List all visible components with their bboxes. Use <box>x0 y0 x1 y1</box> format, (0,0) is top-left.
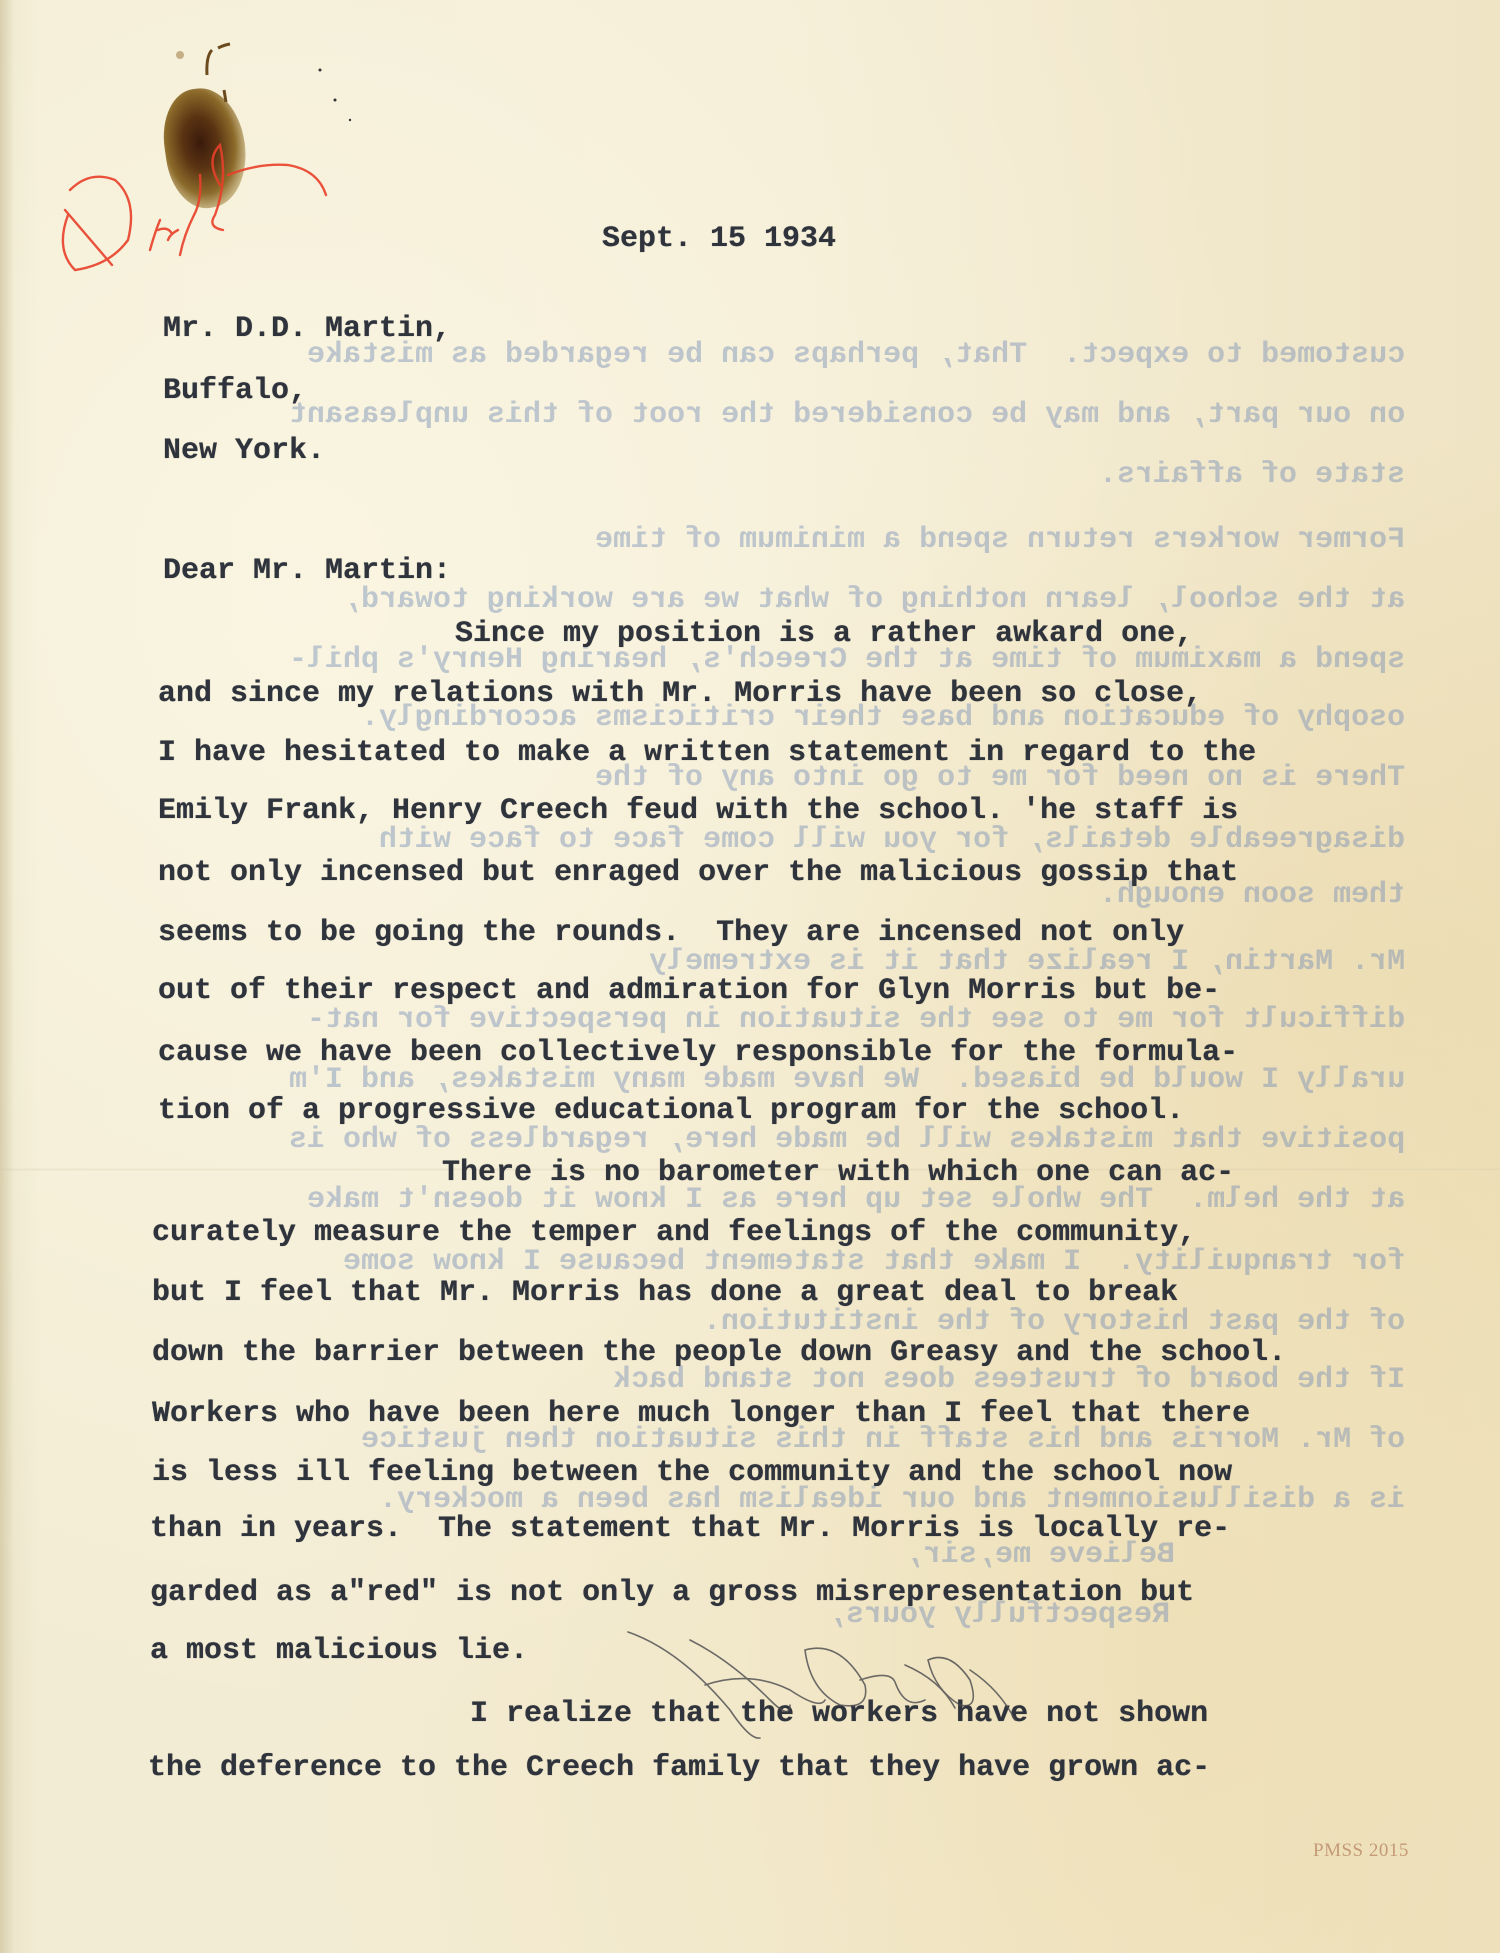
body-line: the deference to the Creech family that … <box>148 1753 1210 1783</box>
body-line: garded as a"red" is not only a gross mis… <box>150 1578 1194 1608</box>
body-line: I have hesitated to make a written state… <box>158 738 1256 768</box>
recipient-name: Mr. D.D. Martin, <box>163 314 451 344</box>
body-line: curately measure the temper and feelings… <box>152 1218 1196 1248</box>
body-line: and since my relations with Mr. Morris h… <box>158 679 1202 709</box>
bleed-line: of the past history of the institution. <box>703 1307 1405 1337</box>
body-line: There is no barometer with which one can… <box>442 1158 1234 1188</box>
draft-annotation-mark: Draft <box>50 90 350 280</box>
body-line: a most malicious lie. <box>150 1636 528 1666</box>
letter-date: Sept. 15 1934 <box>602 224 836 254</box>
body-line: down the barrier between the people down… <box>152 1338 1286 1368</box>
body-line: out of their respect and admiration for … <box>158 976 1220 1006</box>
bleed-line: difficult for me to see the situation in… <box>307 1005 1405 1035</box>
body-line: Workers who have been here much longer t… <box>152 1399 1250 1429</box>
letter-page: customed to expect. That, perhaps can be… <box>0 0 1500 1953</box>
salutation: Dear Mr. Martin: <box>163 556 451 586</box>
body-line: Since my position is a rather awkard one… <box>455 619 1193 649</box>
body-line: not only incensed but enraged over the m… <box>158 858 1238 888</box>
archive-watermark: PMSS 2015 <box>1313 1840 1409 1862</box>
paper-edge-shadow <box>0 0 14 1953</box>
recipient-state: New York. <box>163 436 325 466</box>
bleed-line: for tranquility. I make that statement b… <box>343 1247 1405 1277</box>
body-line: cause we have been collectively responsi… <box>158 1038 1238 1068</box>
body-line: is less ill feeling between the communit… <box>152 1458 1232 1488</box>
bleed-line: customed to expect. That, perhaps can be… <box>307 340 1405 370</box>
bleed-line: state of affairs. <box>1099 460 1405 490</box>
body-line: seems to be going the rounds. They are i… <box>158 918 1184 948</box>
body-line: but I feel that Mr. Morris has done a gr… <box>152 1278 1178 1308</box>
recipient-city: Buffalo, <box>163 376 307 406</box>
body-line: than in years. The statement that Mr. Mo… <box>150 1514 1230 1544</box>
bleed-line: Former workers return spend a minimum of… <box>595 525 1405 555</box>
bleed-line: positive that mistakes will be made here… <box>289 1125 1405 1155</box>
body-line: tion of a progressive educational progra… <box>158 1096 1184 1126</box>
bleed-line: Mr. Martin, I realize that it is extreme… <box>649 947 1405 977</box>
bleed-line: on our part, and may be considered the r… <box>289 400 1405 430</box>
bleed-line: disagreeable details, for you will come … <box>379 825 1405 855</box>
bleed-line: at the school, learn nothing of what we … <box>343 585 1405 615</box>
signature <box>620 1610 1020 1750</box>
body-line: Emily Frank, Henry Creech feud with the … <box>158 796 1238 826</box>
